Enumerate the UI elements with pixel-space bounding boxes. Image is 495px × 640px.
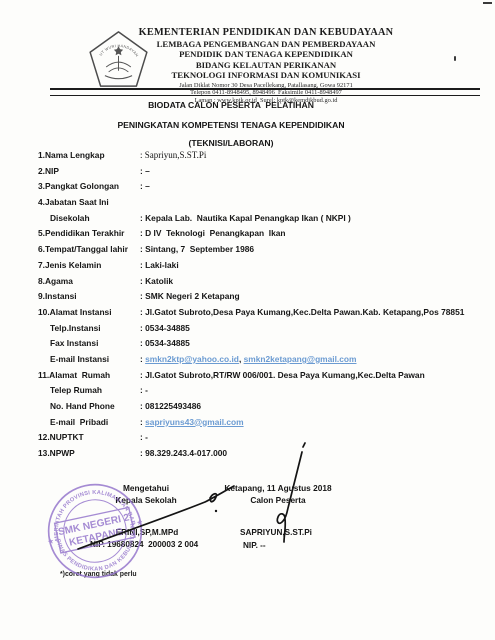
field-label: E-mail Instansi: [38, 354, 109, 364]
field-value: : Katolik: [140, 274, 173, 290]
field-label: 11.Alamat Rumah: [38, 370, 110, 380]
doc-subtitle-2: (TEKNISI/LABORAN): [35, 138, 427, 148]
field-label: Fax Instansi: [38, 338, 98, 348]
field-row: 7.Jenis Kelamin: Laki-laki: [38, 258, 458, 274]
field-value: : –: [140, 164, 150, 180]
field-value: : -: [140, 430, 148, 446]
school-stamp: PEMERINTAH PROVINSI KALIMANTAN BARAT DIN…: [25, 461, 165, 601]
field-label: 4.Jabatan Saat Ini: [38, 197, 109, 207]
field-value: : 98.329.243.4-017.000: [140, 446, 227, 462]
participant-name: SAPRIYUN,S.ST.Pi: [206, 528, 346, 537]
field-value: : –: [140, 179, 150, 195]
field-row: 3.Pangkat Golongan: –: [38, 179, 458, 195]
scan-artifact: [483, 2, 492, 4]
right-signature-heading: Ketapang, 11 Agustus 2018 Calon Peserta: [213, 482, 343, 507]
field-value: : Sapriyun,S.ST.Pi: [140, 148, 206, 164]
calon-peserta-label: Calon Peserta: [213, 494, 343, 506]
email-link[interactable]: sapriyuns43@gmail.com: [145, 417, 243, 427]
field-label: 13.NPWP: [38, 448, 75, 458]
institution-line: LEMBAGA PENGEMBANGAN DAN PEMBERDAYAAN: [132, 39, 400, 49]
document-title-block: BIODATA CALON PESERTA PELATIHAN PENINGKA…: [35, 100, 427, 148]
field-row: 11.Alamat Rumah: Jl.Gatot Subroto,RT/RW …: [38, 368, 458, 384]
field-label: 3.Pangkat Golongan: [38, 181, 119, 191]
field-row: 1.Nama Lengkap: Sapriyun,S.ST.Pi: [38, 148, 458, 164]
institution-line: PENDIDIK DAN TENAGA KEPENDIDIKAN: [132, 49, 400, 59]
email-link[interactable]: smkn2ketapang@gmail.com: [244, 354, 357, 364]
field-value: : Kepala Lab. Nautika Kapal Penangkap Ik…: [140, 211, 351, 227]
field-value: : 081225493486: [140, 399, 201, 415]
field-label: 2.NIP: [38, 166, 59, 176]
fields: 1.Nama Lengkap: Sapriyun,S.ST.Pi2.NIP: –…: [38, 148, 458, 462]
place-date: Ketapang, 11 Agustus 2018: [213, 482, 343, 494]
field-row: E-mail Instansi: smkn2ktp@yahoo.co.id, s…: [38, 352, 458, 368]
field-label: No. Hand Phone: [38, 401, 115, 411]
field-row: E-mail Pribadi: sapriyuns43@gmail.com: [38, 415, 458, 431]
field-row: 2.NIP: –: [38, 164, 458, 180]
field-row: 12.NUPTKT: -: [38, 430, 458, 446]
field-label: E-mail Pribadi: [38, 417, 108, 427]
svg-text:★: ★: [135, 517, 144, 527]
doc-title: BIODATA CALON PESERTA PELATIHAN: [35, 100, 427, 110]
ministry-name: KEMENTERIAN PENDIDIKAN DAN KEBUDAYAAN: [132, 27, 400, 39]
participant-nip: NIP. --: [206, 541, 383, 550]
field-label: 10.Alamat Instansi: [38, 307, 112, 317]
field-value: : 0534-34885: [140, 321, 190, 337]
field-label: Disekolah: [38, 213, 90, 223]
email-link[interactable]: smkn2ktp@yahoo.co.id: [145, 354, 239, 364]
field-label: Telp.Instansi: [38, 323, 101, 333]
field-row: 4.Jabatan Saat Ini: [38, 195, 458, 211]
field-label: 6.Tempat/Tanggal lahir: [38, 244, 128, 254]
field-label: 12.NUPTKT: [38, 432, 84, 442]
field-value: : sapriyuns43@gmail.com: [140, 415, 244, 431]
field-label: 7.Jenis Kelamin: [38, 260, 101, 270]
field-row: 6.Tempat/Tanggal lahir: Sintang, 7 Septe…: [38, 242, 458, 258]
field-row: Telp.Instansi: 0534-34885: [38, 321, 458, 337]
letterhead-divider: [50, 88, 480, 96]
field-row: Disekolah: Kepala Lab. Nautika Kapal Pen…: [38, 211, 458, 227]
field-label: Telep Rumah: [38, 385, 102, 395]
scan-artifact: [454, 56, 456, 61]
field-value: : Laki-laki: [140, 258, 179, 274]
field-label: 1.Nama Lengkap: [38, 150, 105, 160]
institution-line: TEKNOLOGI INFORMASI DAN KOMUNIKASI: [132, 70, 400, 80]
doc-subtitle: PENINGKATAN KOMPETENSI TENAGA KEPENDIDIK…: [35, 120, 427, 130]
field-label: 5.Pendidikan Terakhir: [38, 228, 124, 238]
field-row: Fax Instansi: 0534-34885: [38, 336, 458, 352]
field-row: 8.Agama: Katolik: [38, 274, 458, 290]
field-value: : Jl.Gatot Subroto,Desa Paya Kumang,Kec.…: [140, 305, 464, 321]
svg-text:★: ★: [46, 536, 55, 546]
field-value: : 0534-34885: [140, 336, 190, 352]
field-row: 13.NPWP: 98.329.243.4-017.000: [38, 446, 458, 462]
document-page: TUT WURI HANDAYANI KEMENTERIAN PENDIDIKA…: [0, 0, 495, 640]
field-value: : -: [140, 383, 148, 399]
field-value: : Sintang, 7 September 1986: [140, 242, 254, 258]
field-row: 10.Alamat Instansi: Jl.Gatot Subroto,Des…: [38, 305, 458, 321]
field-value: : Jl.Gatot Subroto,RT/RW 006/001. Desa P…: [140, 368, 425, 384]
field-value: : SMK Negeri 2 Ketapang: [140, 289, 240, 305]
field-row: No. Hand Phone: 081225493486: [38, 399, 458, 415]
field-row: Telep Rumah: -: [38, 383, 458, 399]
field-value: : smkn2ktp@yahoo.co.id, smkn2ketapang@gm…: [140, 352, 357, 368]
field-label: 8.Agama: [38, 276, 73, 286]
field-value: : D IV Teknologi Penangkapan Ikan: [140, 226, 286, 242]
field-row: 9.Instansi: SMK Negeri 2 Ketapang: [38, 289, 458, 305]
field-label: 9.Instansi: [38, 291, 77, 301]
institution-line: BIDANG KELAUTAN PERIKANAN: [132, 60, 400, 70]
field-row: 5.Pendidikan Terakhir: D IV Teknologi Pe…: [38, 226, 458, 242]
